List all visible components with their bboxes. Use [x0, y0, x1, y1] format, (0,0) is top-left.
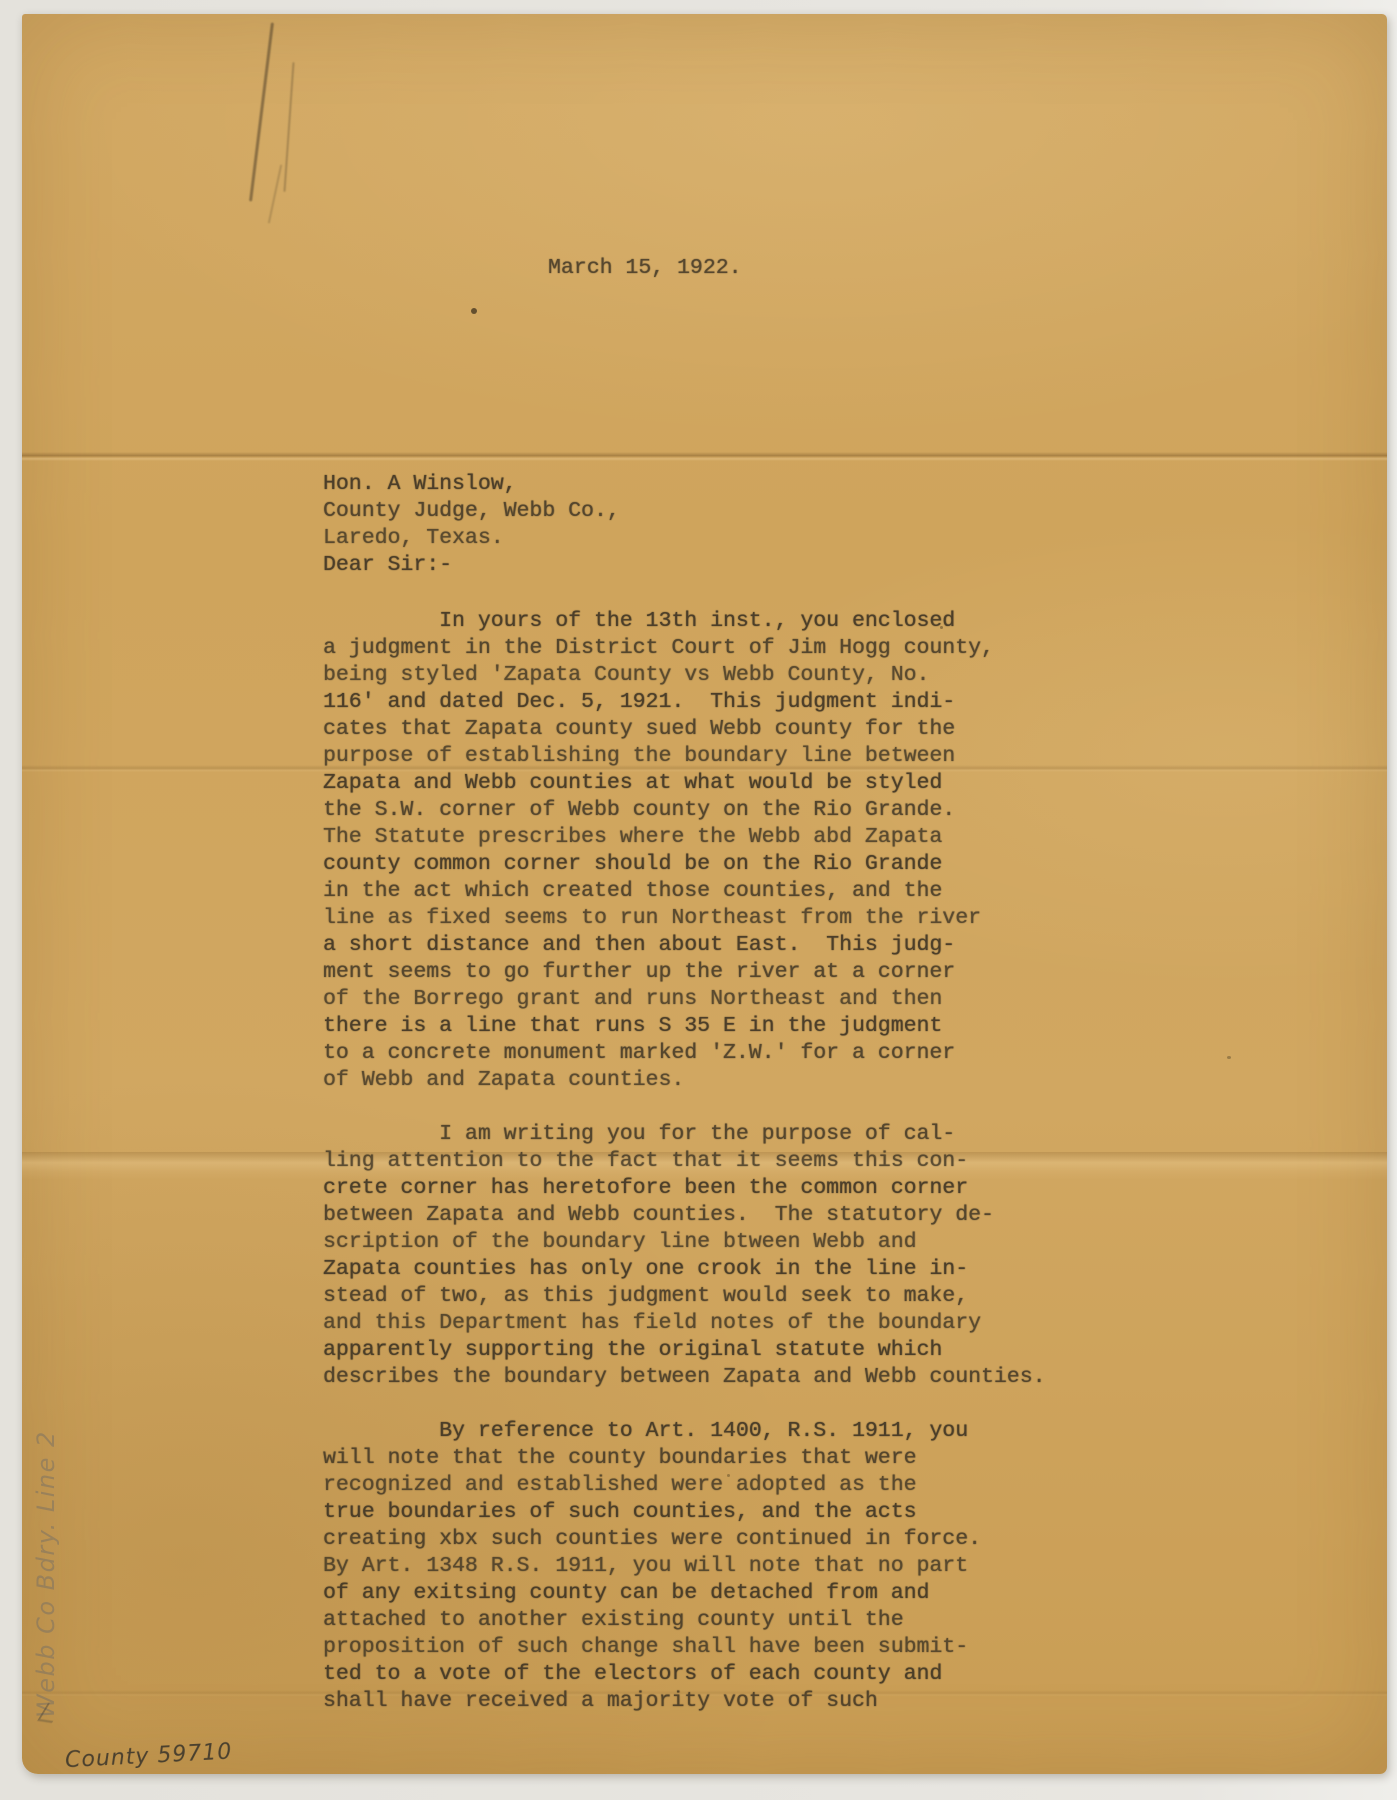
typed-line: of Webb and Zapata counties. [323, 1067, 1046, 1094]
typed-line: ling attention to the fact that it seems… [323, 1148, 1046, 1175]
typed-line: 116' and dated Dec. 5, 1921. This judgme… [323, 689, 1046, 716]
typed-line: attached to another existing county unti… [323, 1607, 1046, 1634]
typed-line: ted to a vote of the electors of each co… [323, 1661, 1046, 1688]
typed-line: Laredo, Texas. [323, 525, 620, 552]
typed-line: The Statute prescribes where the Webb ab… [323, 824, 1046, 851]
typed-line: March 15, 1922. [548, 255, 742, 282]
typed-line: recognized and established were adopted … [323, 1472, 1046, 1499]
typed-line: true boundaries of such counties, and th… [323, 1499, 1046, 1526]
typed-line: county common corner should be on the Ri… [323, 851, 1046, 878]
paper-speck [471, 308, 477, 314]
typed-line: between Zapata and Webb counties. The st… [323, 1202, 1046, 1229]
recipient-address-block: Hon. A Winslow,County Judge, Webb Co.,La… [323, 471, 620, 579]
typed-line: a judgment in the District Court of Jim … [323, 635, 1046, 662]
typed-line: stead of two, as this judgment would see… [323, 1283, 1046, 1310]
typed-line: I am writing you for the purpose of cal- [323, 1121, 1046, 1148]
typed-line: By reference to Art. 1400, R.S. 1911, yo… [323, 1418, 1046, 1445]
typed-line: apparently supporting the original statu… [323, 1337, 1046, 1364]
typed-line: Zapata counties has only one crook in th… [323, 1256, 1046, 1283]
typed-line: in the act which created those counties,… [323, 878, 1046, 905]
typed-line: a short distance and then about East. Th… [323, 932, 1046, 959]
typed-line: line as fixed seems to run Northeast fro… [323, 905, 1046, 932]
letter-body: In yours of the 13th inst., you enclosed… [323, 608, 1046, 1715]
scratch-mark [283, 62, 294, 192]
letter-paper: March 15, 1922. Hon. A Winslow,County Ju… [22, 14, 1387, 1774]
typed-line: In yours of the 13th inst., you enclosed [323, 608, 1046, 635]
typed-line: describes the boundary between Zapata an… [323, 1364, 1046, 1391]
typed-line: ment seems to go further up the river at… [323, 959, 1046, 986]
typed-line: Hon. A Winslow, [323, 471, 620, 498]
typed-line: to a concrete monument marked 'Z.W.' for… [323, 1040, 1046, 1067]
typed-line: shall have received a majority vote of s… [323, 1688, 1046, 1715]
typed-line: being styled 'Zapata County vs Webb Coun… [323, 662, 1046, 689]
typed-line: County Judge, Webb Co., [323, 498, 620, 525]
typed-line: purpose of establishing the boundary lin… [323, 743, 1046, 770]
scratch-mark [268, 164, 282, 223]
typed-line: the S.W. corner of Webb county on the Ri… [323, 797, 1046, 824]
typed-line: Dear Sir:- [323, 552, 620, 579]
typed-line: will note that the county boundaries tha… [323, 1445, 1046, 1472]
typed-line: of the Borrego grant and runs Northeast … [323, 986, 1046, 1013]
typed-line [323, 1391, 1046, 1418]
typed-line: and this Department has field notes of t… [323, 1310, 1046, 1337]
typed-line: creating xbx such counties were continue… [323, 1526, 1046, 1553]
typed-line: By Art. 1348 R.S. 1911, you will note th… [323, 1553, 1046, 1580]
letter-date: March 15, 1922. [548, 255, 742, 282]
typed-line: Zapata and Webb counties at what would b… [323, 770, 1046, 797]
typed-line: of any exitsing county can be detached f… [323, 1580, 1046, 1607]
typed-line [323, 1094, 1046, 1121]
typed-line: cates that Zapata county sued Webb count… [323, 716, 1046, 743]
pencil-margin-note: Webb Co Bdry. Line 2 [32, 1426, 66, 1718]
typed-line: crete corner has heretofore been the com… [323, 1175, 1046, 1202]
scan-background: { "letter": { "date": "March 15, 1922.",… [0, 0, 1397, 1800]
paper-speck [1227, 1056, 1231, 1059]
fold-crease-top [22, 452, 1387, 461]
typed-line: proposition of such change shall have be… [323, 1634, 1046, 1661]
scratch-mark [249, 22, 274, 201]
file-number-note: County 59710 [64, 1738, 265, 1773]
typed-line: there is a line that runs S 35 E in the … [323, 1013, 1046, 1040]
typed-line: scription of the boundary line btween We… [323, 1229, 1046, 1256]
